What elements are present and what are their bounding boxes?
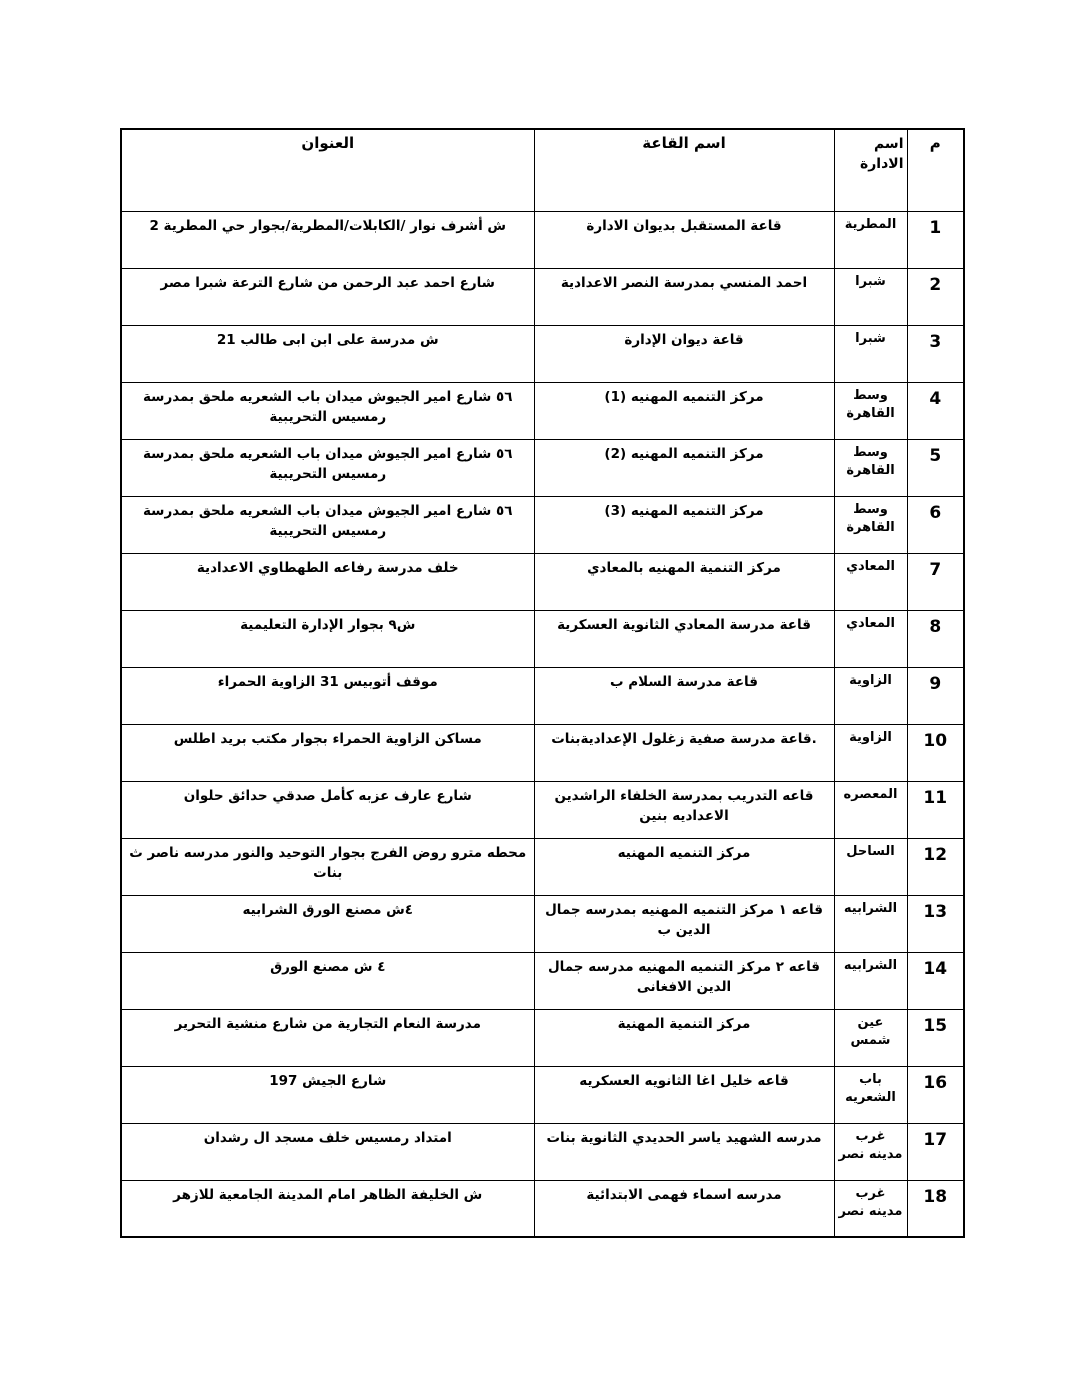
cell-serial-number: 16 <box>907 1066 964 1123</box>
table-row: ٥٦ شارع امير الجيوش ميدان باب الشعريه مل… <box>121 496 964 553</box>
cell-address: موقف أتوبيس 31 الزاوية الحمراء <box>121 667 534 724</box>
cell-address: شارع احمد عبد الرحمن من شارع الترعة شبرا… <box>121 268 534 325</box>
cell-hall-name: قاعة ديوان الإدارة <box>534 325 834 382</box>
cell-admin-name: الساحل <box>834 838 907 895</box>
cell-serial-number: 3 <box>907 325 964 382</box>
table-row: ٥٦ شارع امير الجيوش ميدان باب الشعريه مل… <box>121 439 964 496</box>
cell-address: ٥٦ شارع امير الجيوش ميدان باب الشعريه مل… <box>121 439 534 496</box>
cell-address: ٤ ش مصنع الورق <box>121 952 534 1009</box>
cell-address: 21 ش مدرسة على ابن ابى طالب <box>121 325 534 382</box>
cell-hall-name: مدرسه الشهيد ياسر الحديدي الثانوية بنات <box>534 1123 834 1180</box>
cell-address: ٥٦ شارع امير الجيوش ميدان باب الشعريه مل… <box>121 496 534 553</box>
header-row: العنوان اسم القاعة اسم الادارة م <box>121 129 964 211</box>
cell-address: مدرسة النعام التجارية من شارع منشية التح… <box>121 1009 534 1066</box>
cell-admin-name: غرب مدينه نصر <box>834 1123 907 1180</box>
cell-admin-name: وسط القاهرة <box>834 382 907 439</box>
cell-admin-name: الشرابيه <box>834 952 907 1009</box>
cell-serial-number: 11 <box>907 781 964 838</box>
cell-hall-name: قاعة مدرسة صفية زغلول الإعداديةبنات. <box>534 724 834 781</box>
cell-hall-name: قاعه خليل اغا الثانويه العسكريه <box>534 1066 834 1123</box>
table-row: محطه مترو روض الفرج بجوار التوحيد والنور… <box>121 838 964 895</box>
table-row: خلف مدرسة رفاعه الطهطاوي الاعدادية مركز … <box>121 553 964 610</box>
halls-table: العنوان اسم القاعة اسم الادارة م 2 ش أشر… <box>120 128 965 1238</box>
cell-admin-name: وسط القاهرة <box>834 439 907 496</box>
cell-serial-number: 10 <box>907 724 964 781</box>
table-row: امتداد رمسيس خلف مسجد ال رشدان مدرسه الش… <box>121 1123 964 1180</box>
cell-admin-name: باب الشعريه <box>834 1066 907 1123</box>
cell-serial-number: 15 <box>907 1009 964 1066</box>
cell-address: مساكن الزاوية الحمراء بجوار مكتب بريد اط… <box>121 724 534 781</box>
cell-serial-number: 9 <box>907 667 964 724</box>
cell-admin-name: غرب مدينه نصر <box>834 1180 907 1237</box>
cell-serial-number: 5 <box>907 439 964 496</box>
cell-admin-name: المعادي <box>834 610 907 667</box>
cell-hall-name: مركز التنميه المهنيه <box>534 838 834 895</box>
cell-address: محطه مترو روض الفرج بجوار التوحيد والنور… <box>121 838 534 895</box>
cell-address: ش٩ بجوار الإدارة التعليمية <box>121 610 534 667</box>
cell-serial-number: 6 <box>907 496 964 553</box>
cell-admin-name: الزاوية <box>834 724 907 781</box>
cell-hall-name: قاعة المستقبل بديوان الادارة <box>534 211 834 268</box>
cell-hall-name: قاعة مدرسة السلام ب <box>534 667 834 724</box>
cell-address: ٤ش مصنع الورق الشرابيه <box>121 895 534 952</box>
cell-address: 197 شارع الجيش <box>121 1066 534 1123</box>
cell-hall-name: احمد المنسي بمدرسة النصر الاعدادية <box>534 268 834 325</box>
cell-address: ٥٦ شارع امير الجيوش ميدان باب الشعريه مل… <box>121 382 534 439</box>
header-admin-name: اسم الادارة <box>834 129 907 211</box>
table-row: 2 ش أشرف نوار /الكابلات/المطرية/بجوار حي… <box>121 211 964 268</box>
table-row: ٥٦ شارع امير الجيوش ميدان باب الشعريه مل… <box>121 382 964 439</box>
cell-admin-name: المعادي <box>834 553 907 610</box>
cell-serial-number: 13 <box>907 895 964 952</box>
table-row: مساكن الزاوية الحمراء بجوار مكتب بريد اط… <box>121 724 964 781</box>
cell-hall-name: قاعه ١ مركز التنميه المهنيه بمدرسه جمال … <box>534 895 834 952</box>
cell-admin-name: الزاوية <box>834 667 907 724</box>
cell-serial-number: 4 <box>907 382 964 439</box>
cell-hall-name: مركز التنمية المهنية <box>534 1009 834 1066</box>
table-row: 21 ش مدرسة على ابن ابى طالب قاعة ديوان ا… <box>121 325 964 382</box>
cell-serial-number: 8 <box>907 610 964 667</box>
cell-address: خلف مدرسة رفاعه الطهطاوي الاعدادية <box>121 553 534 610</box>
cell-serial-number: 14 <box>907 952 964 1009</box>
cell-address: امتداد رمسيس خلف مسجد ال رشدان <box>121 1123 534 1180</box>
cell-admin-name: المعصره <box>834 781 907 838</box>
cell-hall-name: قاعة مدرسة المعادي الثانوية العسكرية <box>534 610 834 667</box>
table-row: شارع عارف عزبه كأمل صدقي حدائق حلوان قاع… <box>121 781 964 838</box>
cell-hall-name: مدرسه اسماء فهمى الابتدائية <box>534 1180 834 1237</box>
cell-serial-number: 12 <box>907 838 964 895</box>
cell-admin-name: المطرية <box>834 211 907 268</box>
cell-admin-name: الشرابيه <box>834 895 907 952</box>
cell-hall-name: مركز التنمية المهنيه بالمعادي <box>534 553 834 610</box>
cell-serial-number: 18 <box>907 1180 964 1237</box>
cell-admin-name: عين شمس <box>834 1009 907 1066</box>
table-row: شارع احمد عبد الرحمن من شارع الترعة شبرا… <box>121 268 964 325</box>
cell-admin-name: وسط القاهرة <box>834 496 907 553</box>
cell-hall-name: مركز التنميه المهنيه (1) <box>534 382 834 439</box>
table-row: مدرسة النعام التجارية من شارع منشية التح… <box>121 1009 964 1066</box>
cell-serial-number: 17 <box>907 1123 964 1180</box>
table-row: ٤ش مصنع الورق الشرابيه قاعه ١ مركز التنم… <box>121 895 964 952</box>
cell-hall-name: مركز التنميه المهنيه (2) <box>534 439 834 496</box>
cell-hall-name: قاعه التدريب بمدرسة الخلفاء الراشدين الا… <box>534 781 834 838</box>
table-header: العنوان اسم القاعة اسم الادارة م <box>121 129 964 211</box>
cell-hall-name: مركز التنميه المهنيه (3) <box>534 496 834 553</box>
cell-serial-number: 7 <box>907 553 964 610</box>
document-page: { "table": { "headers": { "num": "م", "a… <box>0 0 1080 1398</box>
cell-address: شارع عارف عزبه كأمل صدقي حدائق حلوان <box>121 781 534 838</box>
table-body: 2 ش أشرف نوار /الكابلات/المطرية/بجوار حي… <box>121 211 964 1237</box>
table-row: ٤ ش مصنع الورق قاعه ٢ مركز التنميه المهن… <box>121 952 964 1009</box>
cell-address: 2 ش أشرف نوار /الكابلات/المطرية/بجوار حي… <box>121 211 534 268</box>
cell-address: ش الخليفة الظاهر امام المدينة الجامعية ل… <box>121 1180 534 1237</box>
table-row: ش الخليفة الظاهر امام المدينة الجامعية ل… <box>121 1180 964 1237</box>
table-row: ش٩ بجوار الإدارة التعليمية قاعة مدرسة ال… <box>121 610 964 667</box>
cell-admin-name: شبرا <box>834 325 907 382</box>
table-row: 197 شارع الجيش قاعه خليل اغا الثانويه ال… <box>121 1066 964 1123</box>
table-row: موقف أتوبيس 31 الزاوية الحمراء قاعة مدرس… <box>121 667 964 724</box>
cell-hall-name: قاعه ٢ مركز التنميه المهنيه مدرسه جمال ا… <box>534 952 834 1009</box>
cell-serial-number: 2 <box>907 268 964 325</box>
cell-serial-number: 1 <box>907 211 964 268</box>
cell-admin-name: شبرا <box>834 268 907 325</box>
header-hall-name: اسم القاعة <box>534 129 834 211</box>
header-serial-number: م <box>907 129 964 211</box>
header-address: العنوان <box>121 129 534 211</box>
